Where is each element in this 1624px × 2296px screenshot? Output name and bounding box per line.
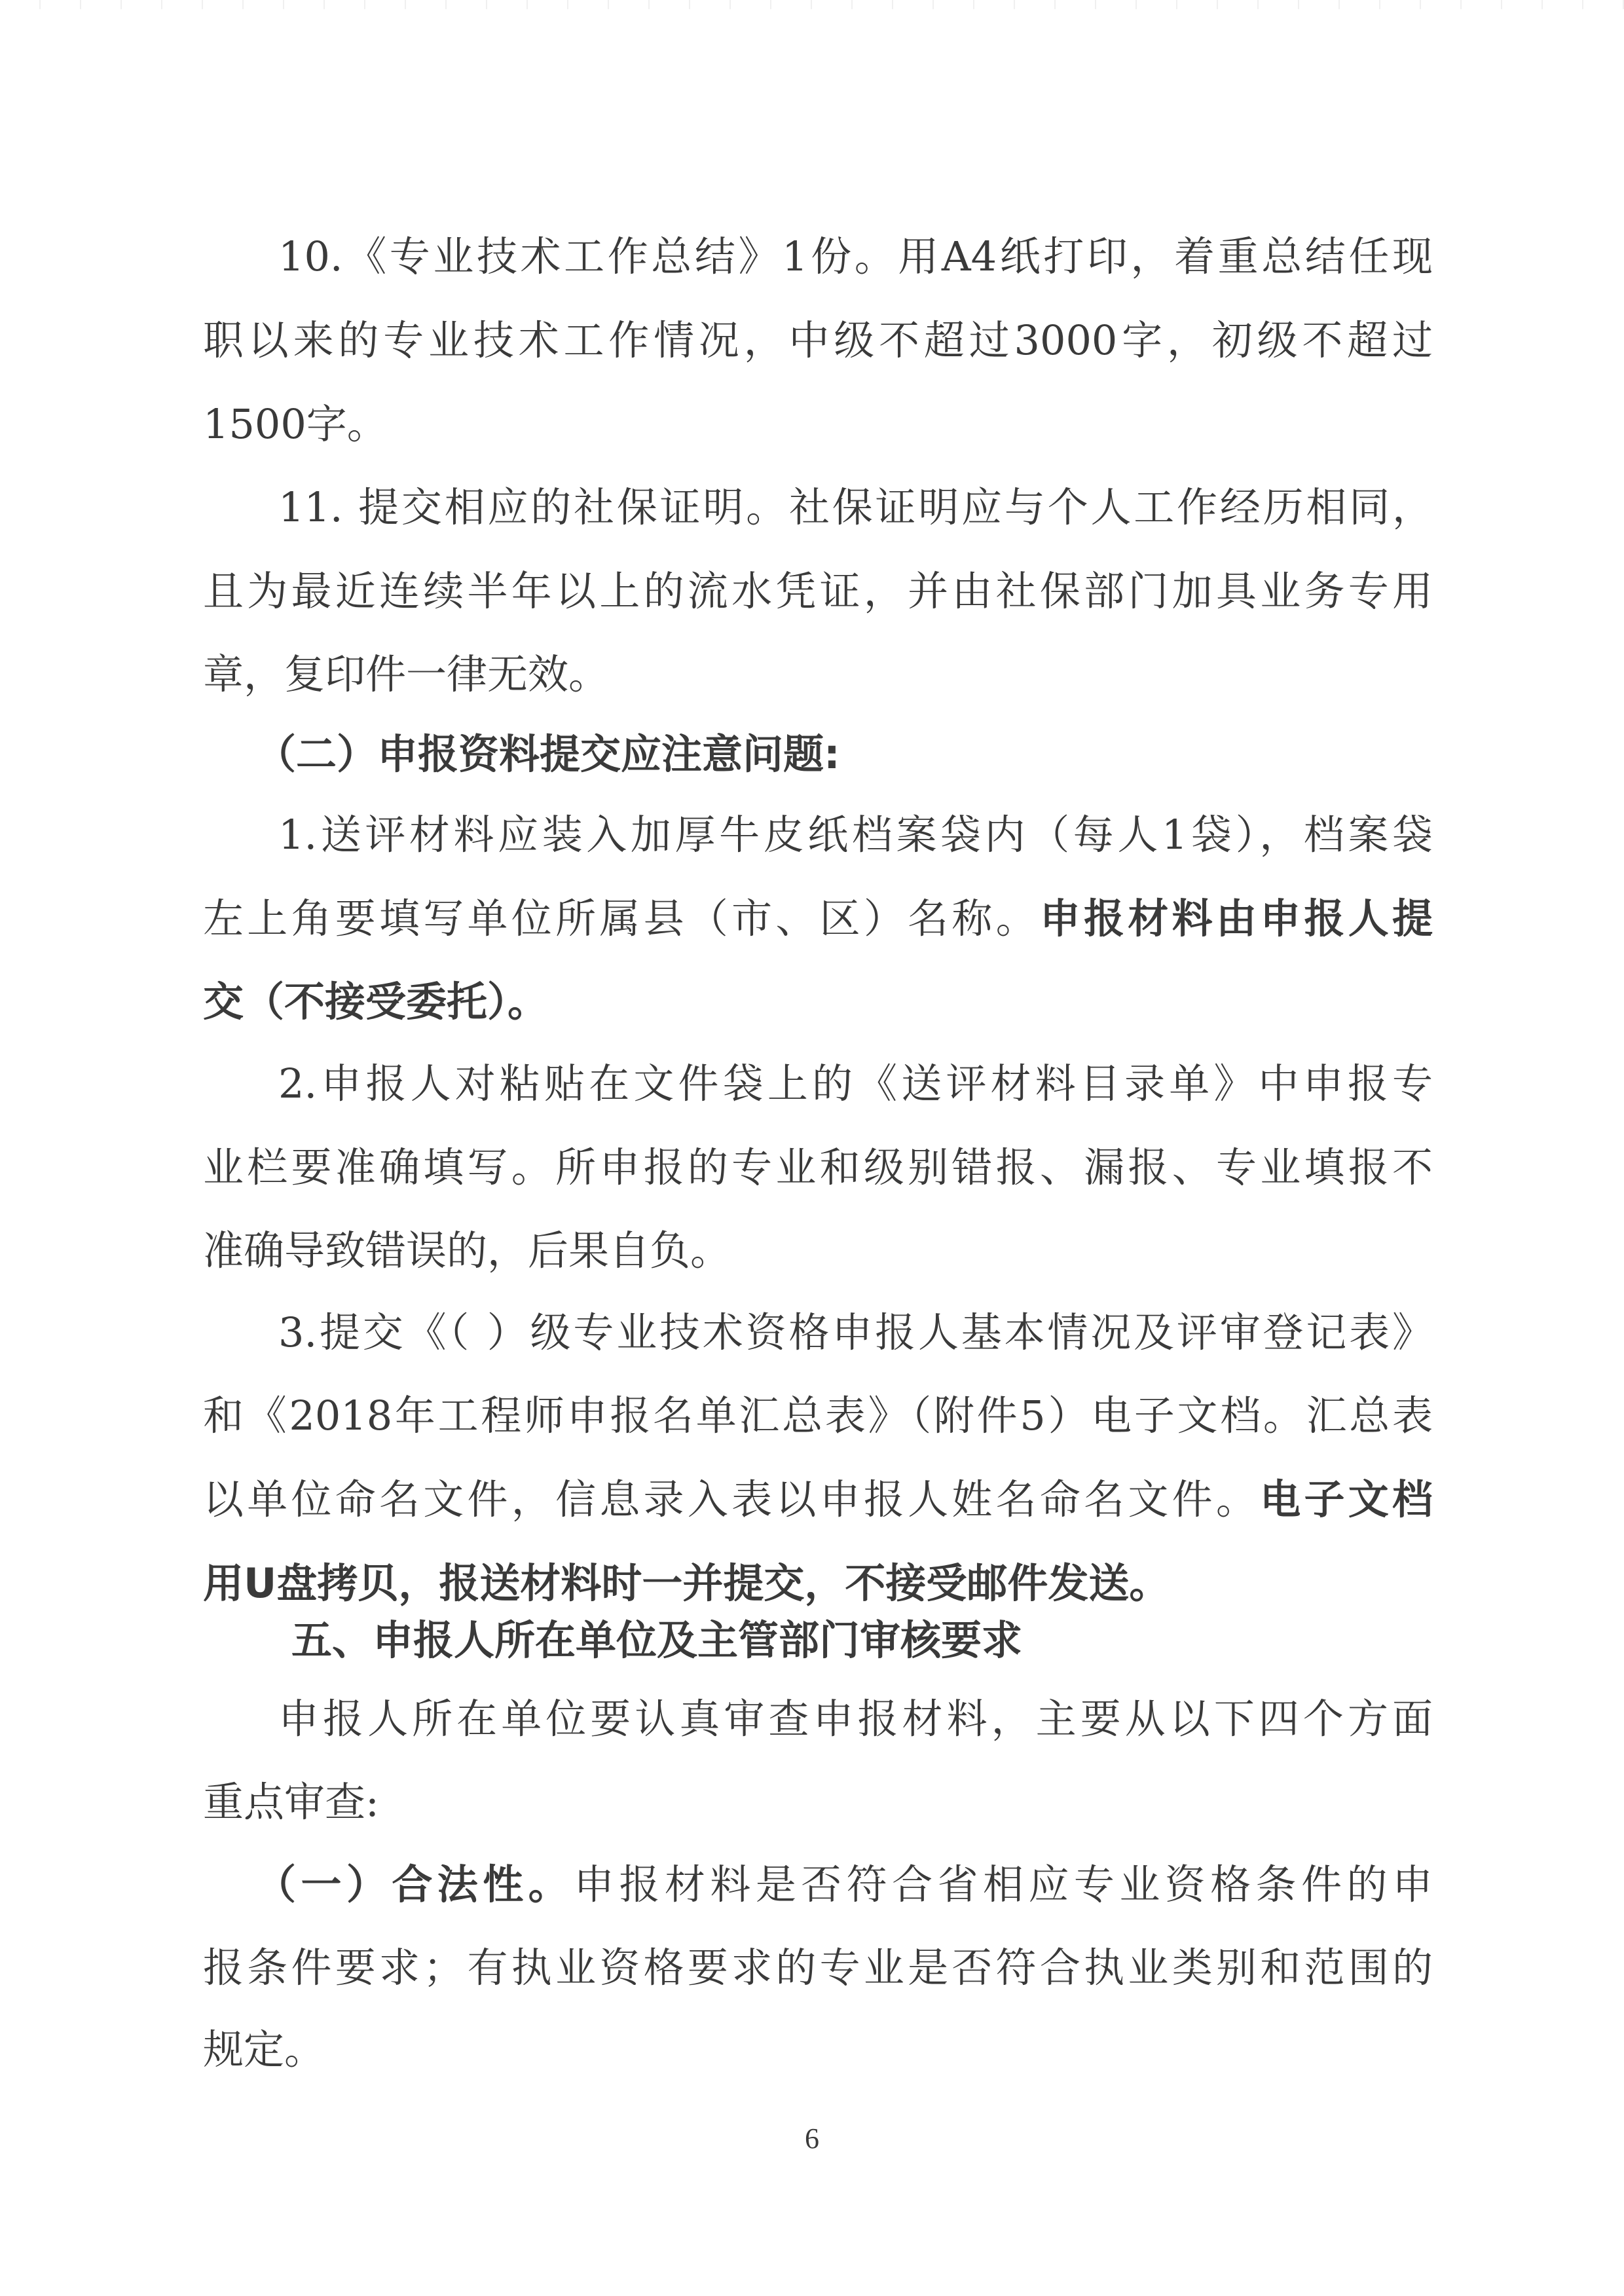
paragraph-note-1-line-1: 1.送评材料应装入加厚牛皮纸档案袋内（每人1袋），档案袋 bbox=[278, 809, 1433, 861]
bold-text-run: 用U盘拷贝，报送材料时一并提交，不接受邮件发送。 bbox=[203, 1559, 1170, 1607]
paragraph-note-2-line-3: 准确导致错误的，后果自负。 bbox=[203, 1225, 1433, 1277]
paragraph-note-3-line-3: 以单位命名文件，信息录入表以申报人姓名命名文件。电子文档 bbox=[203, 1473, 1433, 1526]
text-run: 规定。 bbox=[203, 2026, 325, 2073]
paragraph-note-1-line-3: 交（不接受委托）。 bbox=[203, 976, 1433, 1028]
text-run: 2.申报人对粘贴在文件袋上的《送评材料目录单》中申报专 bbox=[278, 1060, 1433, 1107]
text-run: 重点审查: bbox=[203, 1778, 379, 1826]
paragraph-item-10-line-2: 职以来的专业技术工作情况，中级不超过3000字，初级不超过 bbox=[203, 314, 1433, 367]
text-run: 和《2018年工程师申报名单汇总表》（附件5）电子文档。汇总表 bbox=[203, 1392, 1433, 1439]
text-run: 以单位命名文件，信息录入表以申报人姓名命名文件。 bbox=[203, 1475, 1260, 1523]
paragraph-review-intro-line-1: 申报人所在单位要认真审查申报材料，主要从以下四个方面 bbox=[278, 1693, 1433, 1745]
paragraph-note-1-line-2: 左上角要填写单位所属县（市、区）名称。申报材料由申报人提 bbox=[203, 893, 1433, 945]
paragraph-review-intro-line-2: 重点审查: bbox=[203, 1776, 1433, 1828]
text-run: 准确导致错误的，后果自负。 bbox=[203, 1227, 731, 1274]
text-run: 1.送评材料应装入加厚牛皮纸档案袋内（每人1袋），档案袋 bbox=[278, 811, 1433, 859]
text-run: 章，复印件一律无效。 bbox=[203, 650, 609, 698]
paragraph-item-10-line-3: 1500字。 bbox=[203, 398, 1433, 451]
paragraph-legality-line-1: （一）合法性。申报材料是否符合省相应专业资格条件的申 bbox=[255, 1859, 1433, 1911]
section-heading-2: （二）申报资料提交应注意问题: bbox=[255, 728, 840, 781]
document-page: 10.《专业技术工作总结》1份。用A4纸打印，着重总结任现 职以来的专业技术工作… bbox=[0, 0, 1624, 2296]
paragraph-item-10-line-1: 10.《专业技术工作总结》1份。用A4纸打印，着重总结任现 bbox=[278, 231, 1433, 283]
paragraph-note-2-line-2: 业栏要准确填写。所申报的专业和级别错报、漏报、专业填报不 bbox=[203, 1141, 1433, 1194]
paragraph-item-11-line-3: 章，复印件一律无效。 bbox=[203, 648, 1433, 701]
text-run: 1500字。 bbox=[203, 400, 388, 448]
bold-text-run: （一）合法性。 bbox=[255, 1861, 574, 1908]
bold-text-run: 申报材料由申报人提 bbox=[1040, 895, 1433, 942]
text-run: 申报人所在单位要认真审查申报材料，主要从以下四个方面 bbox=[278, 1695, 1433, 1743]
text-run: 10.《专业技术工作总结》1份。用A4纸打印，着重总结任现 bbox=[278, 232, 1433, 280]
heading-text: （二）申报资料提交应注意问题: bbox=[255, 730, 840, 778]
text-run: 3.提交《（ ）级专业技术资格申报人基本情况及评审登记表》 bbox=[278, 1308, 1433, 1356]
text-run: 报条件要求；有执业资格要求的专业是否符合执业类别和范围的 bbox=[203, 1944, 1433, 1991]
paragraph-note-3-line-1: 3.提交《（ ）级专业技术资格申报人基本情况及评审登记表》 bbox=[278, 1306, 1433, 1359]
paragraph-note-3-line-4: 用U盘拷贝，报送材料时一并提交，不接受邮件发送。 bbox=[203, 1557, 1433, 1610]
page-number: 6 bbox=[805, 2122, 819, 2155]
text-run: 11. 提交相应的社保证明。社保证明应与个人工作经历相同， bbox=[278, 483, 1433, 531]
text-run: 且为最近连续半年以上的流水凭证，并由社保部门加具业务专用 bbox=[203, 567, 1433, 615]
heading-text: 五、申报人所在单位及主管部门审核要求 bbox=[291, 1616, 1022, 1664]
scan-artifact-top-edge bbox=[0, 0, 1624, 9]
paragraph-note-3-line-2: 和《2018年工程师申报名单汇总表》（附件5）电子文档。汇总表 bbox=[203, 1390, 1433, 1442]
paragraph-note-2-line-1: 2.申报人对粘贴在文件袋上的《送评材料目录单》中申报专 bbox=[278, 1058, 1433, 1110]
paragraph-legality-line-3: 规定。 bbox=[203, 2024, 1433, 2076]
section-heading-5: 五、申报人所在单位及主管部门审核要求 bbox=[291, 1614, 1022, 1667]
text-run: 业栏要准确填写。所申报的专业和级别错报、漏报、专业填报不 bbox=[203, 1143, 1433, 1191]
paragraph-item-11-line-1: 11. 提交相应的社保证明。社保证明应与个人工作经历相同， bbox=[278, 481, 1433, 534]
bold-text-run: 交（不接受委托）。 bbox=[203, 978, 548, 1026]
text-run: 职以来的专业技术工作情况，中级不超过3000字，初级不超过 bbox=[203, 316, 1433, 364]
paragraph-item-11-line-2: 且为最近连续半年以上的流水凭证，并由社保部门加具业务专用 bbox=[203, 565, 1433, 618]
text-run: 左上角要填写单位所属县（市、区）名称。 bbox=[203, 895, 1040, 942]
text-run: 申报材料是否符合省相应专业资格条件的申 bbox=[574, 1861, 1433, 1908]
paragraph-legality-line-2: 报条件要求；有执业资格要求的专业是否符合执业类别和范围的 bbox=[203, 1942, 1433, 1994]
bold-text-run: 电子文档 bbox=[1260, 1475, 1433, 1523]
